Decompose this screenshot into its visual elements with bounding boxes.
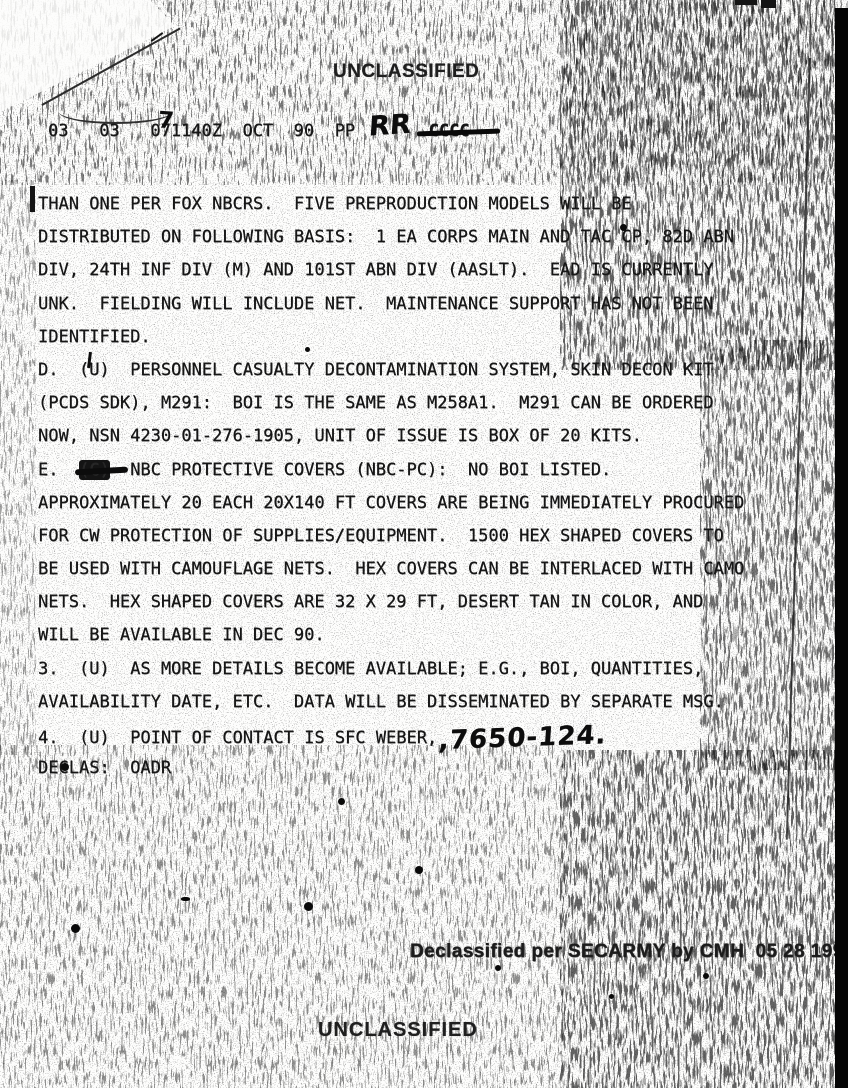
document-line: (PCDS SDK), M291: BOI IS THE SAME AS M25… [38,387,818,420]
ink-speck [181,897,190,901]
fold-crease-line [42,28,181,106]
ink-speck [495,965,501,971]
ink-speck [703,973,709,979]
typed-text: E. [38,460,79,480]
document-line: THAN ONE PER FOX NBCRS. FIVE PREPRODUCTI… [38,188,818,221]
handwritten-digit-overlay: 7 [157,107,175,134]
scan-edge-artifact [761,0,776,8]
document-line: AVAILABILITY DATE, ETC. DATA WILL BE DIS… [38,686,818,719]
document-line: D. (U) PERSONNEL CASUALTY DECONTAMINATIO… [38,354,818,387]
document-line: WILL BE AVAILABLE IN DEC 90. [38,619,818,652]
classification-header: UNCLASSIFIED [333,61,479,83]
scanned-document-page: UNCLASSIFIED 03 03 071140Z OCT 90 PPRRCC… [0,0,848,1088]
message-header-line: 03 03 071140Z OCT 90 PPRRCCCC [48,112,470,143]
document-line: 3. (U) AS MORE DETAILS BECOME AVAILABLE;… [38,653,818,686]
document-line: APPROXIMATELY 20 EACH 20X140 FT COVERS A… [38,487,818,520]
ink-speck [61,763,69,771]
scan-edge-artifact [735,0,757,5]
body-lines: THAN ONE PER FOX NBCRS. FIVE PREPRODUCTI… [38,188,818,785]
document-line: FOR CW PROTECTION OF SUPPLIES/EQUIPMENT.… [38,520,818,553]
document-line: NOW, NSN 4230-01-276-1905, UNIT OF ISSUE… [38,420,818,453]
document-line: DISTRIBUTED ON FOLLOWING BASIS: 1 EA COR… [38,221,818,254]
document-line: NETS. HEX SHAPED COVERS ARE 32 X 29 FT, … [38,586,818,619]
ink-speck [609,994,614,999]
typed-text: NBC PROTECTIVE COVERS (NBC-PC): NO BOI L… [110,460,612,480]
message-date-time-group: 03 03 071140Z OCT 90 PP [48,121,355,141]
document-line: BE USED WITH CAMOUFLAGE NETS. HEX COVERS… [38,553,818,586]
document-line: E. (C) NBC PROTECTIVE COVERS (NBC-PC): N… [38,454,818,487]
classification-footer: UNCLASSIFIED [318,1019,478,1042]
handwritten-phone-number: ,7650-124. [438,719,608,758]
document-line: DECLAS: OADR [38,752,818,785]
document-line: 4. (U) POINT OF CONTACT IS SFC WEBER,,76… [38,719,818,752]
struck-through-code: CCCC [429,121,470,141]
redacted-classification-marking: (C) [79,460,110,480]
ink-speck [304,902,313,911]
declassification-stamp: Declassified per SECARMY by CMH 05 28 19… [410,941,848,963]
document-line: IDENTIFIED. [38,321,818,354]
document-line: UNK. FIELDING WILL INCLUDE NET. MAINTENA… [38,288,818,321]
scan-edge-artifact [30,186,35,212]
ink-speck [305,347,310,352]
ink-speck [338,798,345,805]
ink-speck [620,224,627,231]
document-line: DIV, 24TH INF DIV (M) AND 101ST ABN DIV … [38,254,818,287]
ink-speck [71,924,80,933]
ink-speck [415,866,423,874]
typed-text: 4. (U) POINT OF CONTACT IS SFC WEBER, [38,728,437,748]
scan-edge-band [835,8,848,1088]
handwritten-precedence-rr: RR [368,109,412,143]
